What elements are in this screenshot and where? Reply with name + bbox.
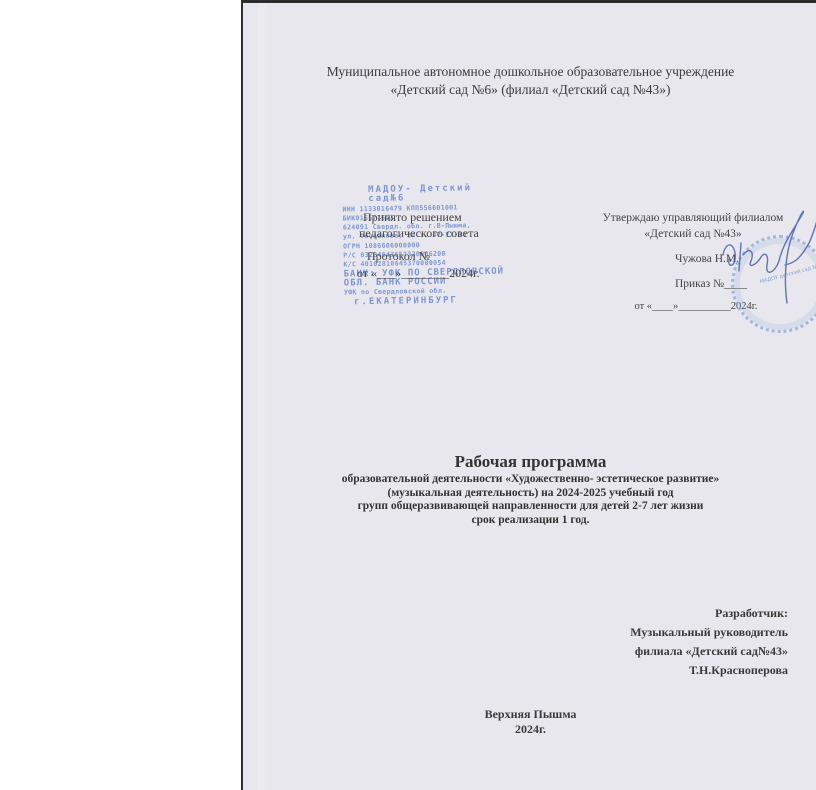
program-subtitle-1: образовательной деятельности «Художестве… bbox=[243, 473, 816, 487]
council-date: от «___»________2024г. bbox=[357, 265, 480, 281]
developer-branch: филиала «Детский сад№43» bbox=[630, 642, 788, 661]
stamp-line: г.ЕКАТЕРИНБУРГ bbox=[344, 295, 514, 307]
institution-header: Муниципальное автономное дошкольное обра… bbox=[243, 63, 816, 99]
footer-year: 2024г. bbox=[243, 722, 816, 737]
accepted-by-decision: Принято решением bbox=[363, 209, 486, 225]
developer-block: Разработчик: Музыкальный руководитель фи… bbox=[630, 604, 788, 680]
city-name: Верхняя Пышма bbox=[243, 707, 816, 722]
header-line-2: «Детский сад №6» (филиал «Детский сад №4… bbox=[243, 81, 816, 99]
program-subtitle-2: (музыкальная деятельность) на 2024-2025 … bbox=[243, 487, 816, 501]
pedagogical-council: педагогического совета bbox=[359, 225, 482, 241]
header-line-1: Муниципальное автономное дошкольное обра… bbox=[243, 63, 816, 81]
council-approval-block: Принято решением педагогического совета … bbox=[361, 209, 484, 273]
developer-position: Музыкальный руководитель bbox=[630, 623, 788, 642]
footer-block: Верхняя Пышма 2024г. bbox=[243, 707, 816, 737]
developer-label: Разработчик: bbox=[630, 604, 788, 623]
signature-icon bbox=[713, 203, 816, 313]
program-subtitle-3: групп общеразвивающей направленности для… bbox=[243, 500, 816, 514]
scanned-document-page: Муниципальное автономное дошкольное обра… bbox=[241, 0, 816, 790]
program-title: Рабочая программа bbox=[243, 451, 816, 473]
protocol-number: Протокол № bbox=[367, 248, 490, 264]
developer-name: Т.Н.Красноперова bbox=[630, 661, 788, 680]
program-title-block: Рабочая программа образовательной деятел… bbox=[243, 451, 816, 527]
program-subtitle-4: срок реализации 1 год. bbox=[243, 514, 816, 528]
